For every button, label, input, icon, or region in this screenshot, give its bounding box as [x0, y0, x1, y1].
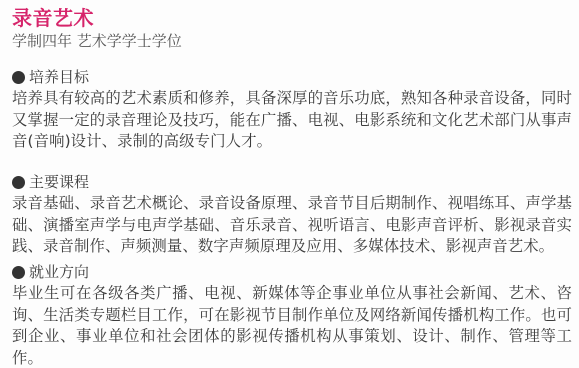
- section-main-courses: 主要课程 录音基础、录音艺术概论、录音设备原理、录音节目后期制作、视唱练耳、声学…: [12, 172, 572, 258]
- section-heading-text: 主要课程: [29, 172, 89, 193]
- section-heading-text: 就业方向: [29, 262, 89, 283]
- section-heading: 培养目标: [12, 67, 572, 88]
- section-heading: 就业方向: [12, 262, 572, 283]
- bullet-icon: [12, 176, 25, 189]
- section-training-goals: 培养目标 培养具有较高的艺术素质和修养，具备深厚的音乐功底，熟知各种录音设备，同…: [12, 67, 572, 153]
- bullet-icon: [12, 71, 25, 84]
- section-body: 毕业生可在各级各类广播、电视、新媒体等企事业单位从事社会新闻、艺术、咨询、生活类…: [12, 283, 572, 368]
- major-subtitle: 学制四年 艺术学学士学位: [12, 31, 182, 51]
- section-heading-text: 培养目标: [29, 67, 89, 88]
- section-body: 录音基础、录音艺术概论、录音设备原理、录音节目后期制作、视唱练耳、声学基础、演播…: [12, 193, 572, 258]
- major-title: 录音艺术: [12, 6, 94, 30]
- section-body: 培养具有较高的艺术素质和修养，具备深厚的音乐功底，熟知各种录音设备，同时又掌握一…: [12, 88, 572, 153]
- section-career-direction: 就业方向 毕业生可在各级各类广播、电视、新媒体等企事业单位从事社会新闻、艺术、咨…: [12, 262, 572, 368]
- section-heading: 主要课程: [12, 172, 572, 193]
- bullet-icon: [12, 266, 25, 279]
